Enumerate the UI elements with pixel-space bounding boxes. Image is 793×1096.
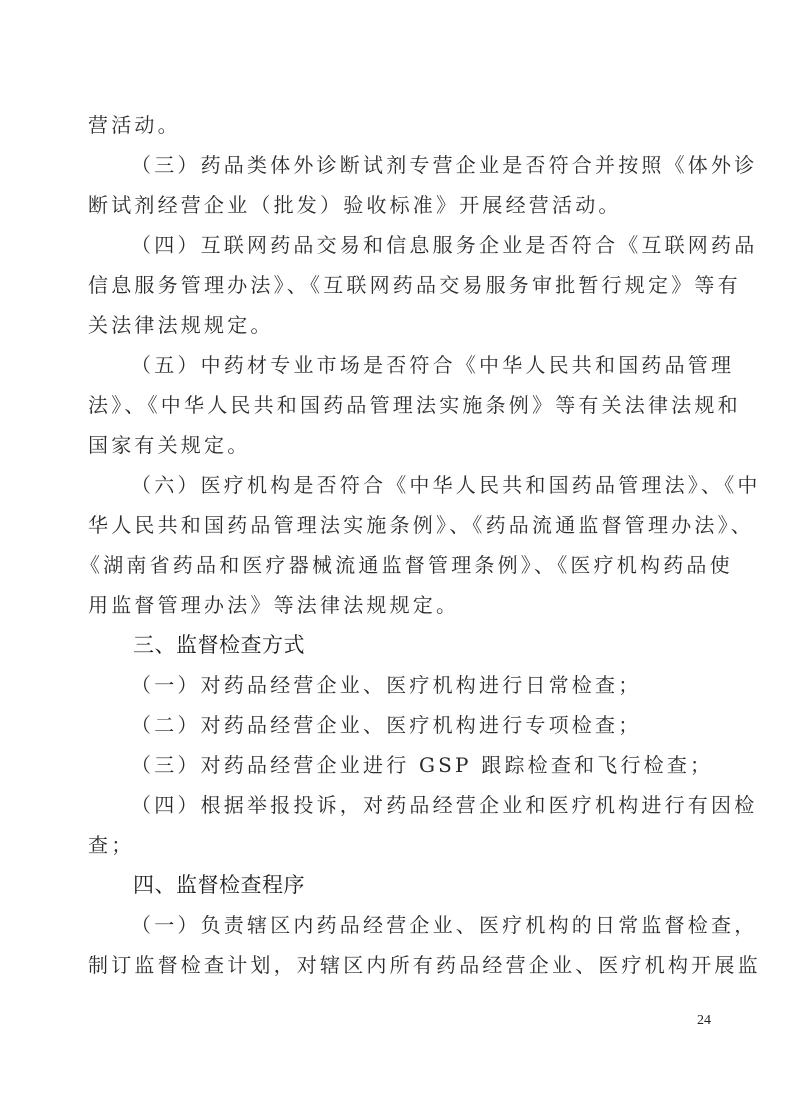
text-line: 断试剂经营企业（批发）验收标准》开展经营活动。	[88, 190, 708, 220]
document-page: 营活动。 （三）药品类体外诊断试剂专营企业是否符合并按照《体外诊 断试剂经营企业…	[0, 0, 793, 1096]
list-item: （一）对药品经营企业、医疗机构进行日常检查；	[131, 670, 751, 700]
list-item: （四）根据举报投诉，对药品经营企业和医疗机构进行有因检	[131, 790, 751, 820]
paragraph-start: （五）中药材专业市场是否符合《中华人民共和国药品管理	[131, 350, 751, 380]
paragraph-start: （六）医疗机构是否符合《中华人民共和国药品管理法》、《中	[131, 470, 751, 500]
text-line: 关法律法规规定。	[88, 310, 708, 340]
text-line: 营活动。	[88, 110, 708, 140]
list-item: （三）对药品经营企业进行 GSP 跟踪检查和飞行检查；	[131, 750, 751, 780]
list-item: （二）对药品经营企业、医疗机构进行专项检查；	[131, 710, 751, 740]
text-line: 查；	[88, 830, 708, 860]
page-number: 24	[697, 1013, 711, 1029]
text-line: 制订监督检查计划，对辖区内所有药品经营企业、医疗机构开展监	[88, 950, 708, 980]
text-line: 用监督管理办法》等法律法规规定。	[88, 590, 708, 620]
text-line: 法》、《中华人民共和国药品管理法实施条例》等有关法律法规和	[88, 390, 708, 420]
paragraph-start: （一）负责辖区内药品经营企业、医疗机构的日常监督检查，	[131, 910, 751, 940]
text-line: 华人民共和国药品管理法实施条例》、《药品流通监督管理办法》、	[88, 510, 708, 540]
text-line: 《湖南省药品和医疗器械流通监督管理条例》、《医疗机构药品使	[80, 550, 700, 580]
section-heading: 四、监督检查程序	[133, 870, 753, 900]
text-line: 信息服务管理办法》、《互联网药品交易服务审批暂行规定》等有	[88, 270, 708, 300]
section-heading: 三、监督检查方式	[133, 630, 753, 660]
paragraph-start: （三）药品类体外诊断试剂专营企业是否符合并按照《体外诊	[131, 150, 751, 180]
paragraph-start: （四）互联网药品交易和信息服务企业是否符合《互联网药品	[131, 230, 751, 260]
text-line: 国家有关规定。	[88, 430, 708, 460]
